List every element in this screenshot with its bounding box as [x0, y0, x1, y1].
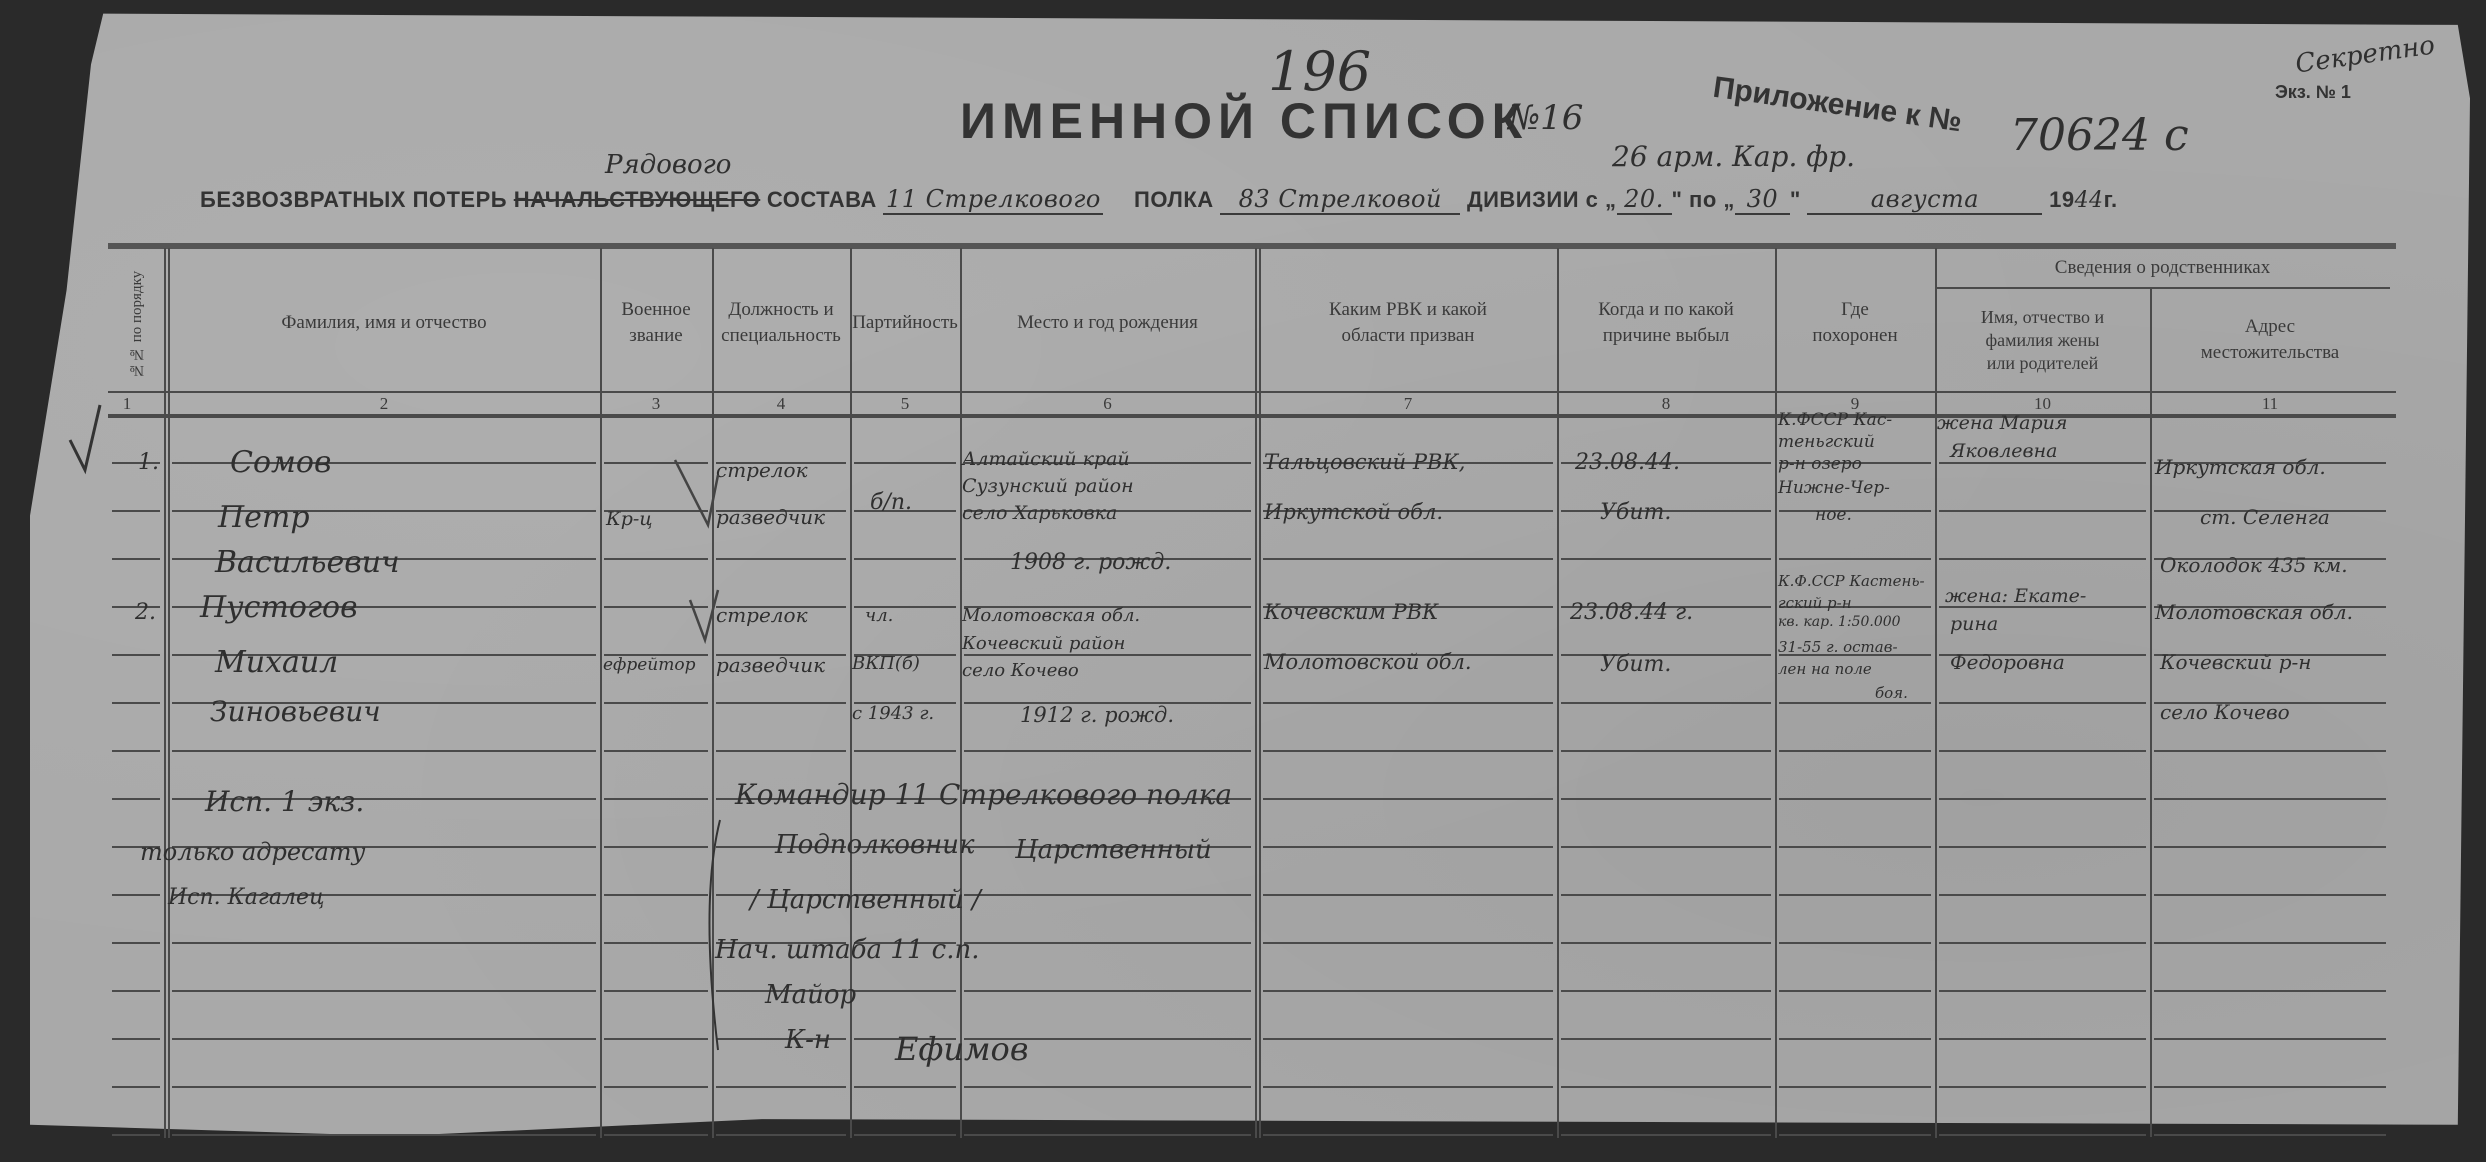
pencil-marks [0, 0, 2486, 1162]
